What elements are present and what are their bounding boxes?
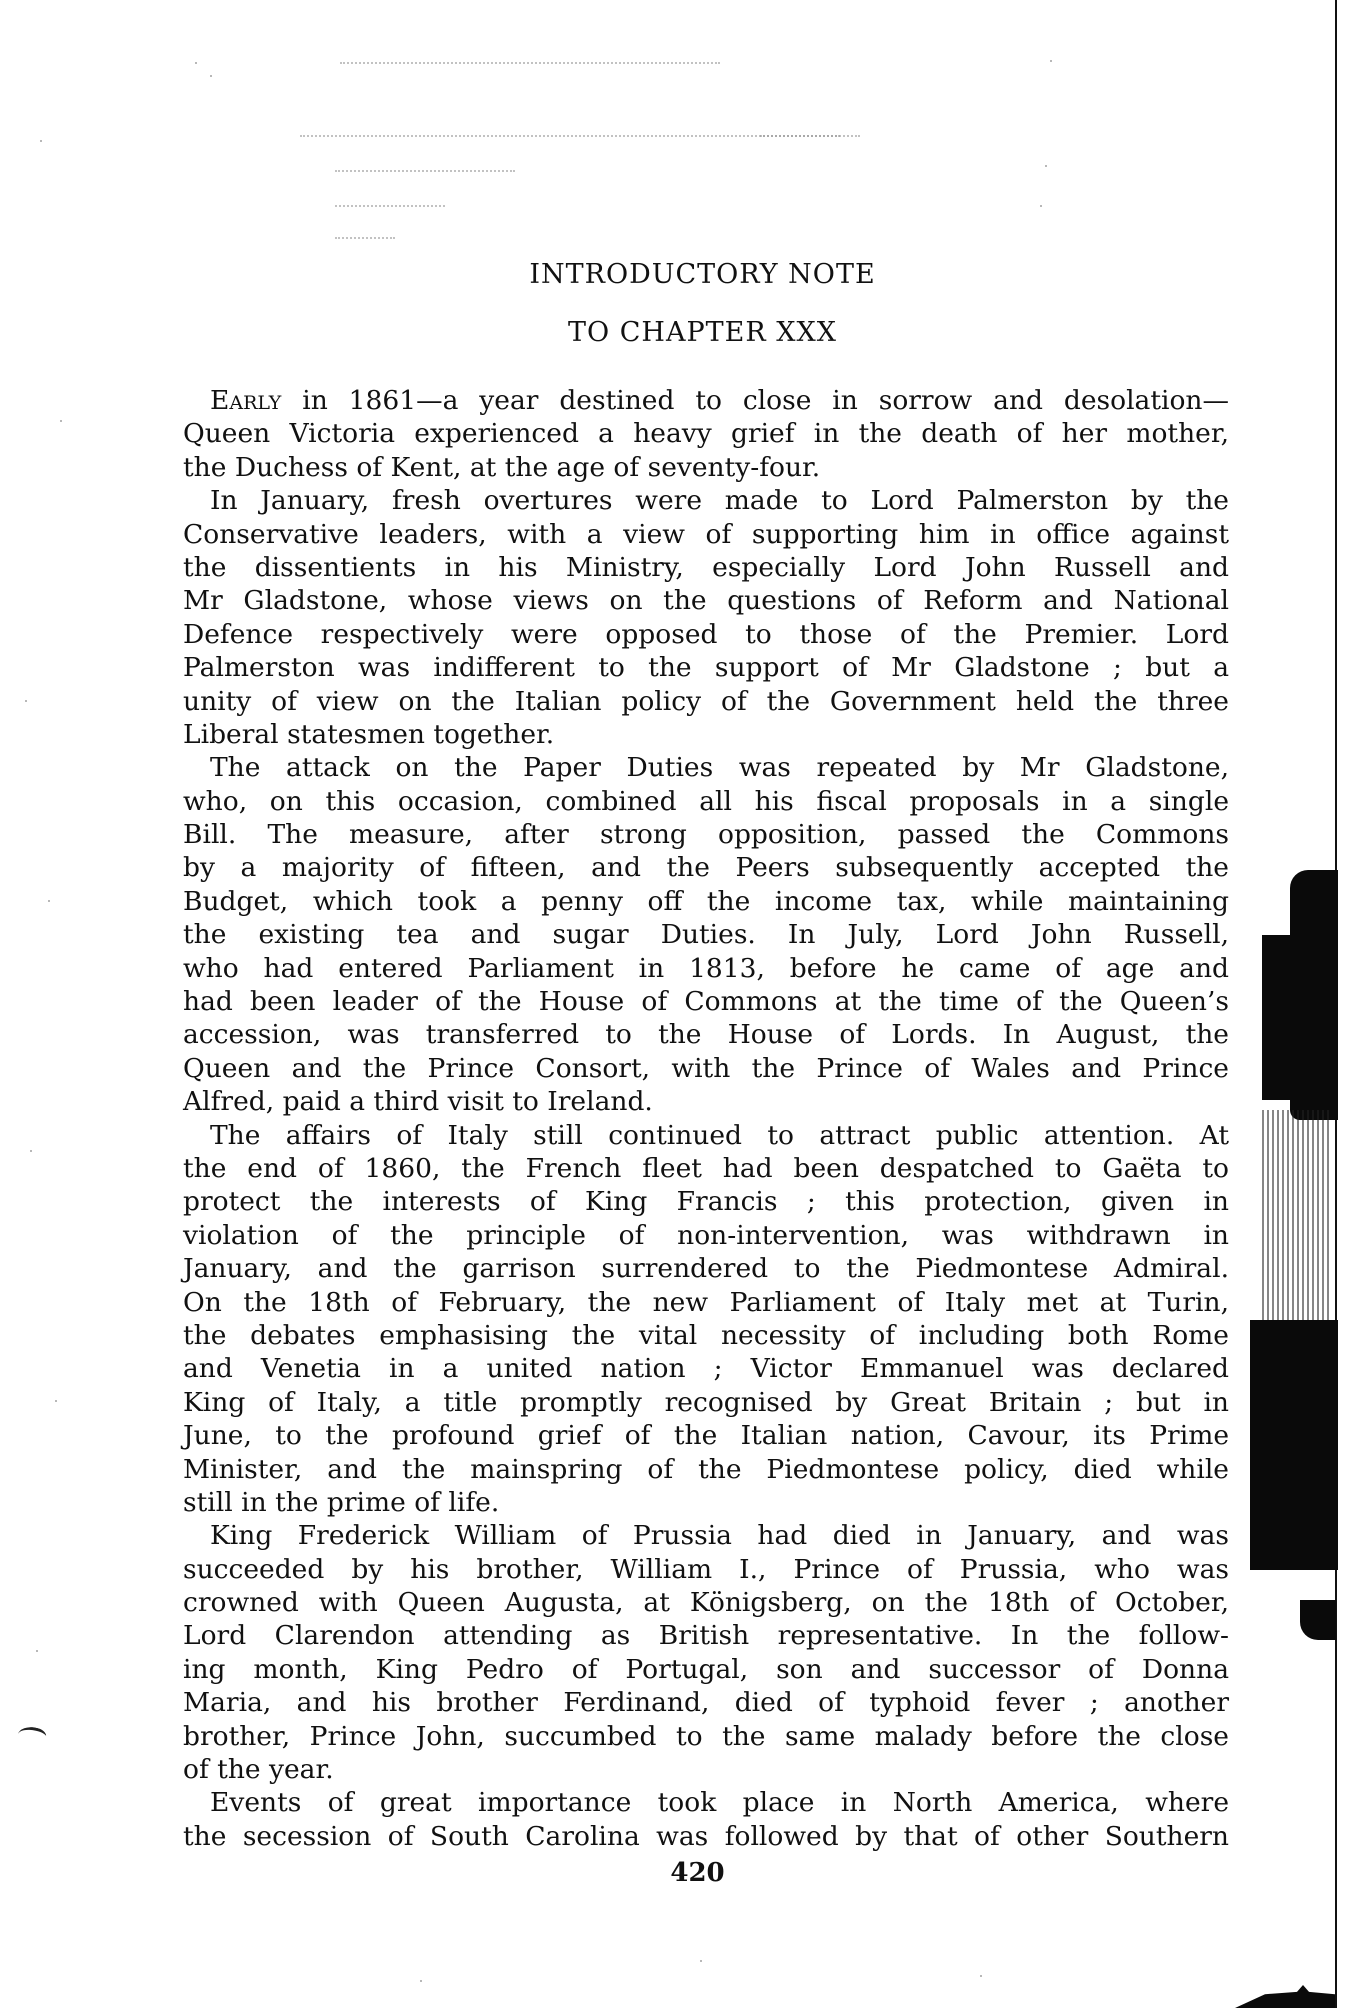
text-line: still in the prime of life.	[183, 1486, 1229, 1519]
body-text: Early in 1861—a year destined to close i…	[183, 384, 1229, 1853]
page-number: 420	[0, 1858, 1345, 1888]
paragraph-6: Events of great importance took place in…	[183, 1786, 1229, 1853]
text-line: Early in 1861—a year destined to close i…	[183, 384, 1229, 417]
chapter-heading-line-2: TO CHAPTER XXX	[0, 318, 1345, 348]
binding-shadow-lower	[1250, 1320, 1338, 1570]
text-line: of the year.	[183, 1753, 1229, 1786]
text-line: King of Italy, a title promptly recognis…	[183, 1386, 1229, 1419]
chapter-heading-line-1: INTRODUCTORY NOTE	[0, 260, 1345, 290]
text-line: Minister, and the mainspring of the Pied…	[183, 1453, 1229, 1486]
binding-shadow-notch	[1300, 1600, 1336, 1640]
text-line: King Frederick William of Prussia had di…	[183, 1519, 1229, 1552]
text-line: accession, was transferred to the House …	[183, 1018, 1229, 1051]
text-line: ing month, King Pedro of Portugal, son a…	[183, 1653, 1229, 1686]
text-line: who, on this occasion, combined all his …	[183, 785, 1229, 818]
text-line: Alfred, paid a third visit to Ireland.	[183, 1085, 1229, 1118]
text-line: The attack on the Paper Duties was repea…	[183, 751, 1229, 784]
drop-word: Early	[210, 385, 281, 416]
text-line: the existing tea and sugar Duties. In Ju…	[183, 918, 1229, 951]
text-line: June, to the profound grief of the Itali…	[183, 1419, 1229, 1452]
binding-shadow-mid	[1262, 935, 1302, 1100]
text-line: the secession of South Carolina was foll…	[183, 1820, 1229, 1853]
text-line: Palmerston was indifferent to the suppor…	[183, 651, 1229, 684]
binding-speckle	[1262, 1110, 1332, 1320]
text-line: the Duchess of Kent, at the age of seven…	[183, 451, 1229, 484]
binding-shadow-bottom	[1235, 1985, 1335, 2008]
text-line: crowned with Queen Augusta, at Königsber…	[183, 1586, 1229, 1619]
text-line: Defence respectively were opposed to tho…	[183, 618, 1229, 651]
text-line: the dissentients in his Ministry, especi…	[183, 551, 1229, 584]
text-line: by a majority of fifteen, and the Peers …	[183, 851, 1229, 884]
text-line: brother, Prince John, succumbed to the s…	[183, 1720, 1229, 1753]
text-line: protect the interests of King Francis ; …	[183, 1185, 1229, 1218]
text-line: January, and the garrison surrendered to…	[183, 1252, 1229, 1285]
text-line: Lord Clarendon attending as British repr…	[183, 1619, 1229, 1652]
text-line: Conservative leaders, with a view of sup…	[183, 518, 1229, 551]
paragraph-5: King Frederick William of Prussia had di…	[183, 1519, 1229, 1786]
margin-pencil-mark	[17, 1724, 48, 1746]
text-line: Maria, and his brother Ferdinand, died o…	[183, 1686, 1229, 1719]
text-line: In January, fresh overtures were made to…	[183, 484, 1229, 517]
text-line: On the 18th of February, the new Parliam…	[183, 1286, 1229, 1319]
text-line: and Venetia in a united nation ; Victor …	[183, 1352, 1229, 1385]
scanned-page: INTRODUCTORY NOTE TO CHAPTER XXX Early i…	[0, 0, 1345, 2008]
text-line: The affairs of Italy still continued to …	[183, 1119, 1229, 1152]
text-line: Queen and the Prince Consort, with the P…	[183, 1052, 1229, 1085]
text-line: Budget, which took a penny off the incom…	[183, 885, 1229, 918]
text-line: Events of great importance took place in…	[183, 1786, 1229, 1819]
text-line: unity of view on the Italian policy of t…	[183, 685, 1229, 718]
text-line: violation of the principle of non-interv…	[183, 1219, 1229, 1252]
paragraph-3: The attack on the Paper Duties was repea…	[183, 751, 1229, 1118]
text-line: Liberal statesmen together.	[183, 718, 1229, 751]
paragraph-4: The affairs of Italy still continued to …	[183, 1119, 1229, 1520]
text-line: the debates emphasising the vital necess…	[183, 1319, 1229, 1352]
text-line: Bill. The measure, after strong oppositi…	[183, 818, 1229, 851]
text-line: who had entered Parliament in 1813, befo…	[183, 952, 1229, 985]
text-line: had been leader of the House of Commons …	[183, 985, 1229, 1018]
paragraph-2: In January, fresh overtures were made to…	[183, 484, 1229, 751]
text-line: Mr Gladstone, whose views on the questio…	[183, 584, 1229, 617]
text-line: Queen Victoria experienced a heavy grief…	[183, 417, 1229, 450]
paragraph-1: Early in 1861—a year destined to close i…	[183, 384, 1229, 484]
text-line: succeeded by his brother, William I., Pr…	[183, 1553, 1229, 1586]
text-line: the end of 1860, the French fleet had be…	[183, 1152, 1229, 1185]
